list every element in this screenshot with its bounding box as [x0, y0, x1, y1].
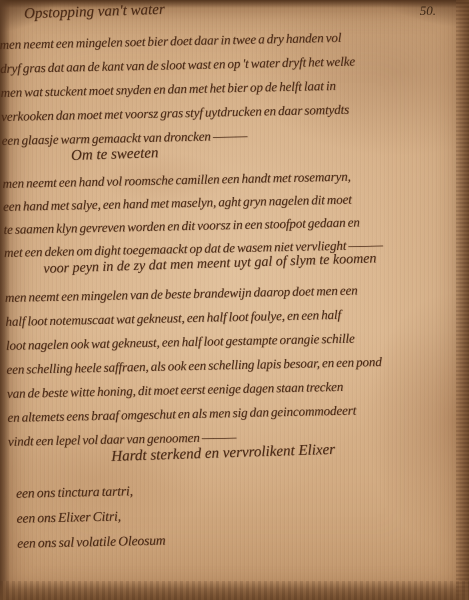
section-heading-opstopping: Opstopping van't water	[24, 2, 165, 23]
manuscript-text: Opstopping van't water men neemt een min…	[0, 0, 469, 600]
section-body-sweeten: men neemt een hand vol roomsche camillen…	[2, 162, 464, 264]
page-number: 50.	[420, 3, 436, 19]
manuscript-page: 50. Opstopping van't water men neemt een…	[0, 0, 469, 600]
section-heading-sweeten: Om te sweeten	[71, 145, 159, 165]
section-body-opstopping: men neemt een mingelen soet bier doet da…	[0, 23, 462, 153]
section-body-peyn: men neemt een mingelen van de beste bran…	[5, 276, 468, 454]
section-body-elixer: een ons tinctura tartri, een ons Elixer …	[16, 471, 469, 555]
